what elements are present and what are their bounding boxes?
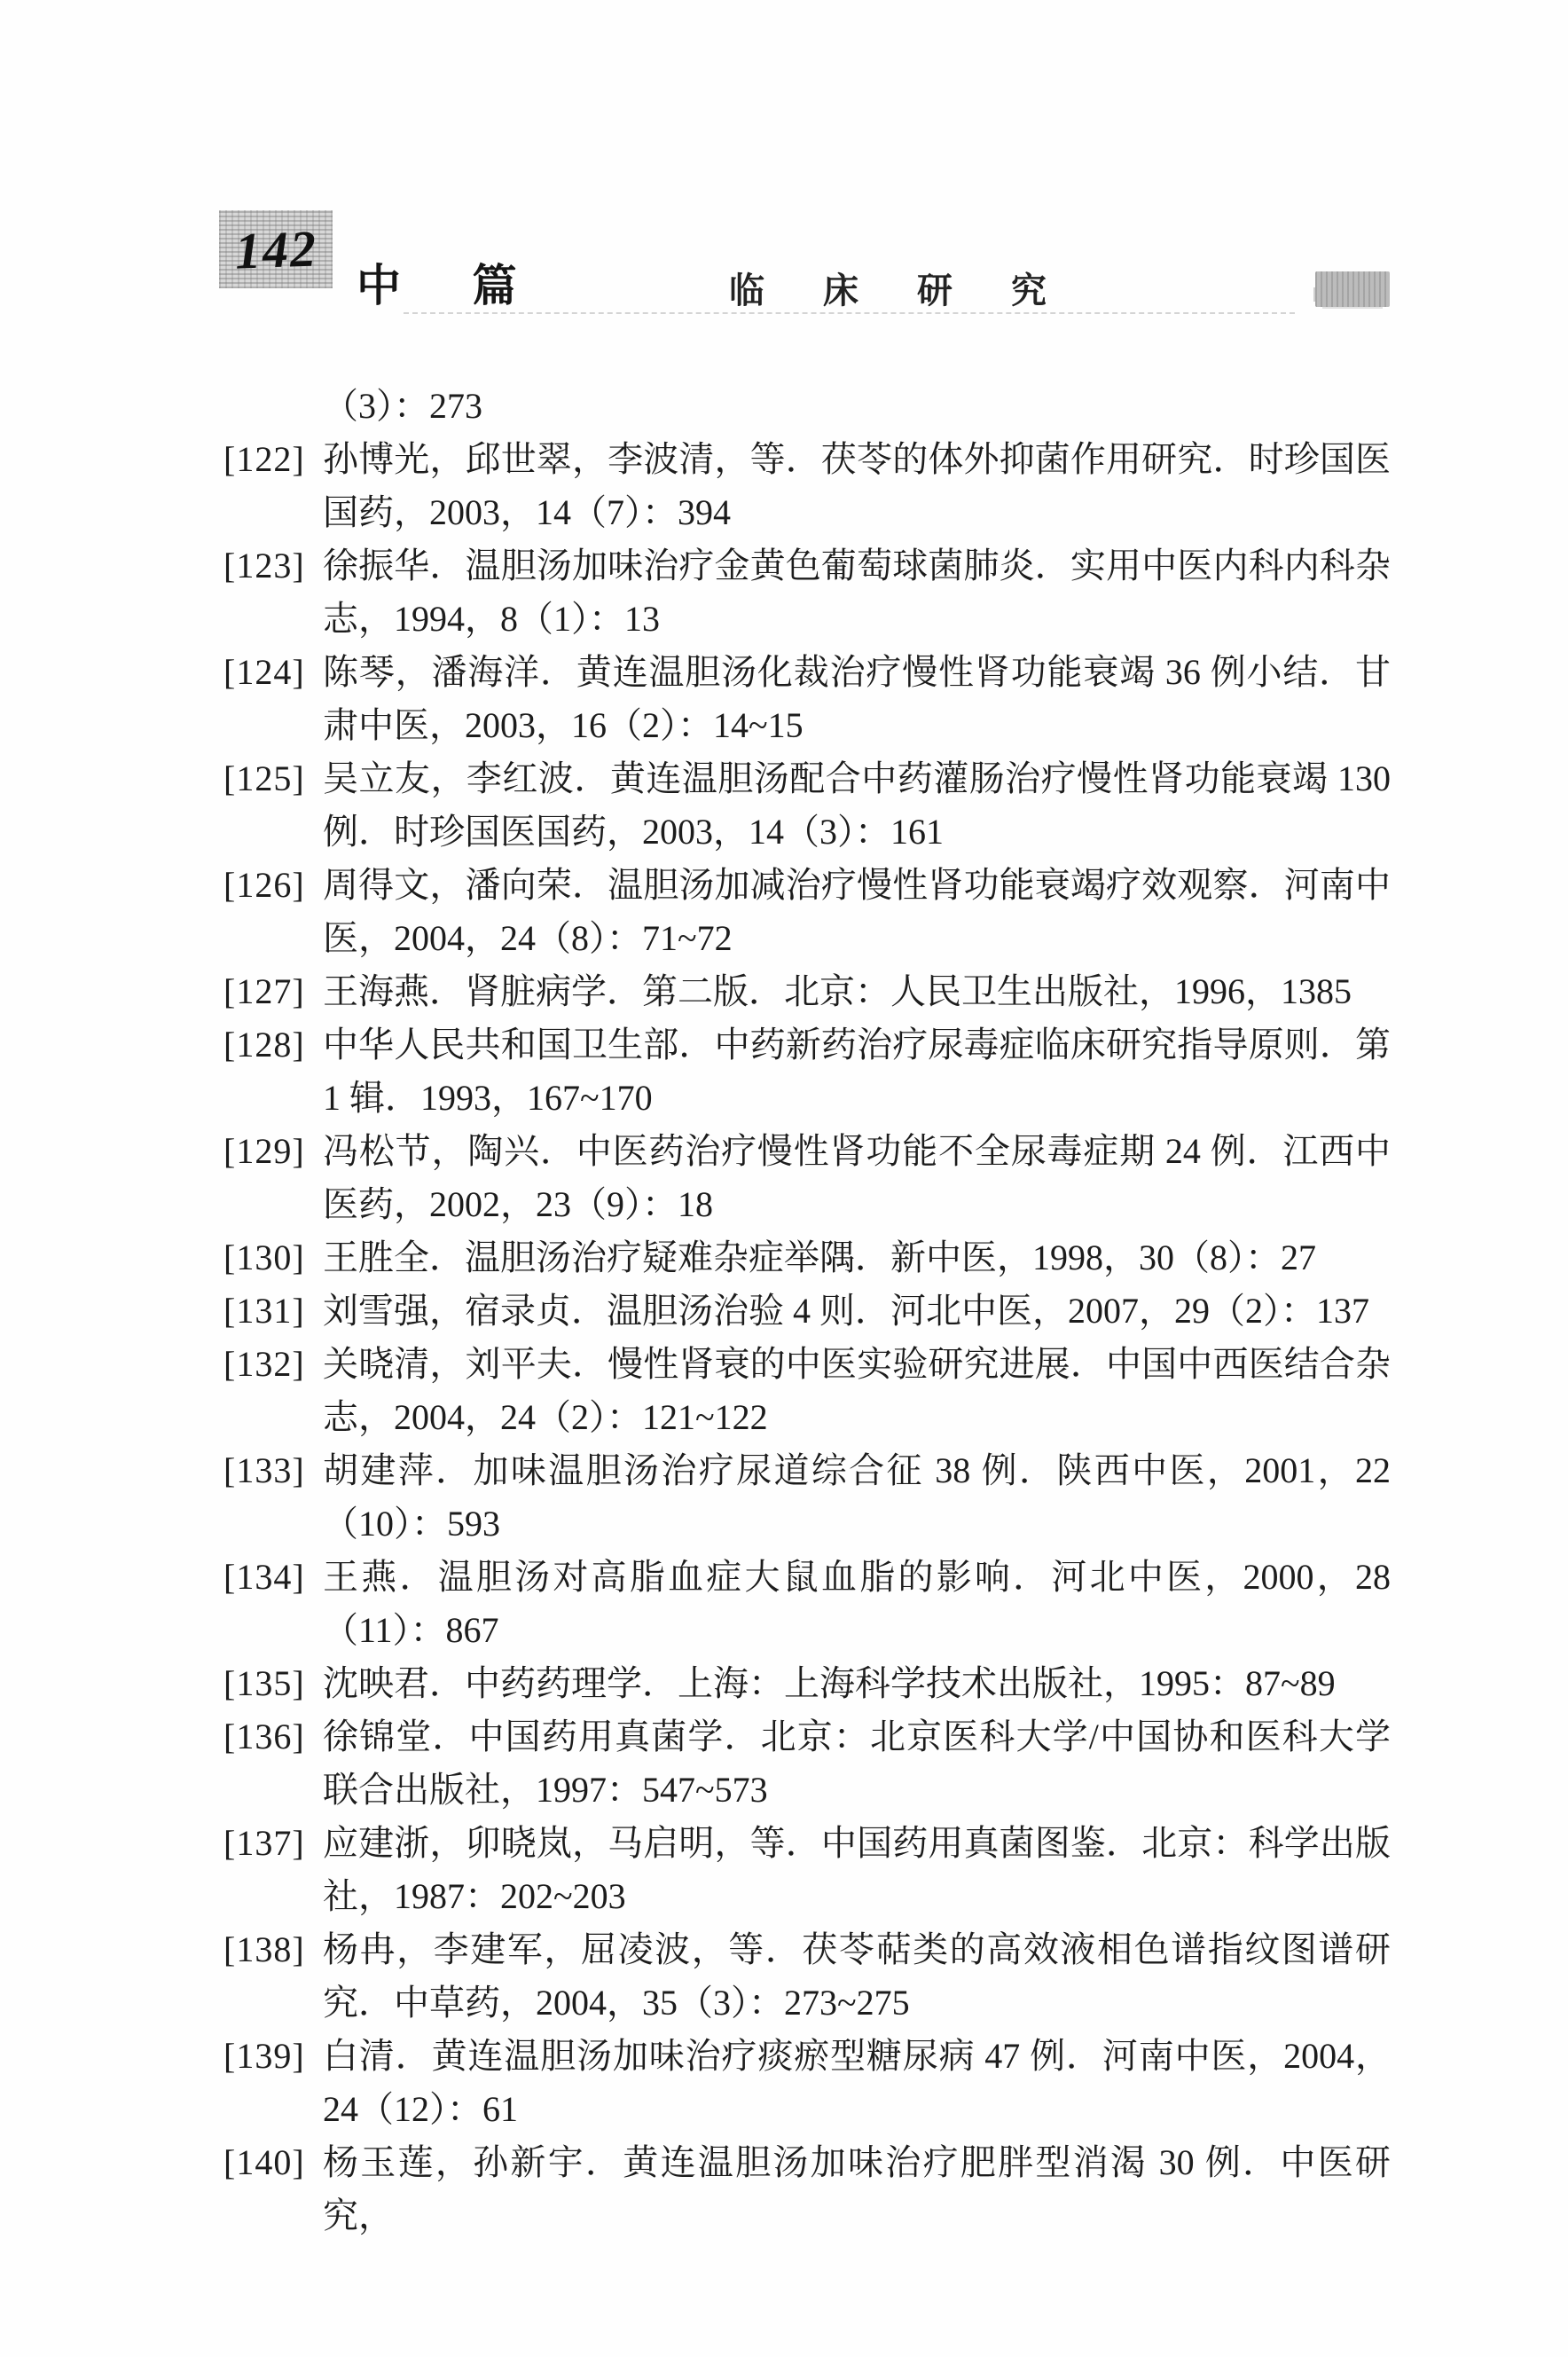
running-title: 临 床 研 究: [729, 263, 1071, 313]
reference-text: 冯松节，陶兴．中医药治疗慢性肾功能不全尿毒症期 24 例．江西中医药，2002，…: [323, 1125, 1391, 1231]
section-title: 中 篇: [357, 250, 547, 314]
reference-text: 王燕．温胆汤对高脂血症大鼠血脂的影响．河北中医，2000，28（11）：867: [323, 1551, 1391, 1657]
scan-smudge: [1315, 271, 1390, 307]
reference-item: [132]关晓清，刘平夫．慢性肾衰的中医实验研究进展．中国中西医结合杂志，200…: [223, 1338, 1391, 1444]
reference-label: [122]: [223, 433, 323, 486]
reference-label: [124]: [223, 646, 323, 699]
header-divider: [404, 312, 1295, 314]
reference-text: 孙博光，邱世翠，李波清，等．茯苓的体外抑菌作用研究．时珍国医国药，2003，14…: [323, 433, 1391, 539]
reference-label: [123]: [223, 539, 323, 593]
reference-text: 白清．黄连温胆汤加味治疗痰瘀型糖尿病 47 例．河南中医，2004，24（12）…: [323, 2030, 1391, 2136]
reference-item: [137]应建浙，卯晓岚，马启明，等．中国药用真菌图鉴．北京：科学出版社，198…: [223, 1817, 1391, 1923]
book-page: 142 中 篇 临 床 研 究 （3）：273[122]孙博光，邱世翠，李波清，…: [0, 0, 1568, 2357]
reference-item: [122]孙博光，邱世翠，李波清，等．茯苓的体外抑菌作用研究．时珍国医国药，20…: [223, 433, 1391, 539]
reference-label: [125]: [223, 752, 323, 805]
reference-item: [134]王燕．温胆汤对高脂血症大鼠血脂的影响．河北中医，2000，28（11）…: [223, 1551, 1391, 1657]
reference-item: [139]白清．黄连温胆汤加味治疗痰瘀型糖尿病 47 例．河南中医，2004，2…: [223, 2030, 1391, 2136]
reference-text: 杨冉，李建军，屈凌波，等．茯苓萜类的高效液相色谱指纹图谱研究．中草药，2004，…: [323, 1923, 1391, 2030]
reference-text: 刘雪强，宿录贞．温胆汤治验 4 则．河北中医，2007，29（2）：137: [323, 1285, 1391, 1338]
reference-item: [140]杨玉莲，孙新宇．黄连温胆汤加味治疗肥胖型消渴 30 例．中医研究，: [223, 2136, 1391, 2243]
reference-text: 王胜全．温胆汤治疗疑难杂症举隅．新中医，1998，30（8）：27: [323, 1231, 1391, 1285]
reference-label: [129]: [223, 1125, 323, 1178]
reference-label: [128]: [223, 1018, 323, 1072]
reference-text: 沈映君．中药药理学．上海：上海科学技术出版社，1995：87~89: [323, 1657, 1391, 1710]
reference-text: 中华人民共和国卫生部．中药新药治疗尿毒症临床研究指导原则．第 1 辑．1993，…: [323, 1018, 1391, 1125]
reference-item: [136]徐锦堂．中国药用真菌学．北京：北京医科大学/中国协和医科大学联合出版社…: [223, 1710, 1391, 1817]
reference-text: 杨玉莲，孙新宇．黄连温胆汤加味治疗肥胖型消渴 30 例．中医研究，: [323, 2136, 1391, 2243]
reference-text: （3）：273: [323, 380, 1391, 433]
reference-item: [125]吴立友，李红波．黄连温胆汤配合中药灌肠治疗慢性肾功能衰竭 130 例．…: [223, 752, 1391, 859]
reference-text: 应建浙，卯晓岚，马启明，等．中国药用真菌图鉴．北京：科学出版社，1987：202…: [323, 1817, 1391, 1923]
reference-item: [130]王胜全．温胆汤治疗疑难杂症举隅．新中医，1998，30（8）：27: [223, 1231, 1391, 1285]
reference-label: [133]: [223, 1444, 323, 1497]
reference-label: [130]: [223, 1231, 323, 1285]
reference-label: [127]: [223, 965, 323, 1018]
reference-text: 徐振华．温胆汤加味治疗金黄色葡萄球菌肺炎．实用中医内科内科杂志，1994，8（1…: [323, 539, 1391, 646]
reference-text: 胡建萍．加味温胆汤治疗尿道综合征 38 例．陕西中医，2001，22（10）：5…: [323, 1444, 1391, 1551]
reference-text: 徐锦堂．中国药用真菌学．北京：北京医科大学/中国协和医科大学联合出版社，1997…: [323, 1710, 1391, 1817]
reference-list: （3）：273[122]孙博光，邱世翠，李波清，等．茯苓的体外抑菌作用研究．时珍…: [223, 380, 1391, 2243]
reference-label: [135]: [223, 1657, 323, 1710]
page-number: 142: [233, 218, 318, 280]
reference-text: 吴立友，李红波．黄连温胆汤配合中药灌肠治疗慢性肾功能衰竭 130 例．时珍国医国…: [323, 752, 1391, 859]
reference-label: [140]: [223, 2136, 323, 2189]
reference-text: 关晓清，刘平夫．慢性肾衰的中医实验研究进展．中国中西医结合杂志，2004，24（…: [323, 1338, 1391, 1444]
reference-label: [134]: [223, 1551, 323, 1604]
reference-label: [132]: [223, 1338, 323, 1391]
reference-label: [126]: [223, 859, 323, 912]
reference-text: 陈琴，潘海洋．黄连温胆汤化裁治疗慢性肾功能衰竭 36 例小结．甘肃中医，2003…: [323, 646, 1391, 752]
reference-label: [137]: [223, 1817, 323, 1870]
reference-item: （3）：273: [223, 380, 1391, 433]
reference-item: [126]周得文，潘向荣．温胆汤加减治疗慢性肾功能衰竭疗效观察．河南中医，200…: [223, 859, 1391, 965]
reference-label: [136]: [223, 1710, 323, 1764]
reference-text: 周得文，潘向荣．温胆汤加减治疗慢性肾功能衰竭疗效观察．河南中医，2004，24（…: [323, 859, 1391, 965]
reference-text: 王海燕．肾脏病学．第二版．北京：人民卫生出版社，1996，1385: [323, 965, 1391, 1018]
reference-item: [129]冯松节，陶兴．中医药治疗慢性肾功能不全尿毒症期 24 例．江西中医药，…: [223, 1125, 1391, 1231]
reference-item: [123]徐振华．温胆汤加味治疗金黄色葡萄球菌肺炎．实用中医内科内科杂志，199…: [223, 539, 1391, 646]
reference-item: [138]杨冉，李建军，屈凌波，等．茯苓萜类的高效液相色谱指纹图谱研究．中草药，…: [223, 1923, 1391, 2030]
reference-item: [124]陈琴，潘海洋．黄连温胆汤化裁治疗慢性肾功能衰竭 36 例小结．甘肃中医…: [223, 646, 1391, 752]
reference-item: [128]中华人民共和国卫生部．中药新药治疗尿毒症临床研究指导原则．第 1 辑．…: [223, 1018, 1391, 1125]
reference-item: [133]胡建萍．加味温胆汤治疗尿道综合征 38 例．陕西中医，2001，22（…: [223, 1444, 1391, 1551]
reference-label: [139]: [223, 2030, 323, 2083]
reference-label: [131]: [223, 1285, 323, 1338]
reference-item: [135]沈映君．中药药理学．上海：上海科学技术出版社，1995：87~89: [223, 1657, 1391, 1710]
reference-item: [127]王海燕．肾脏病学．第二版．北京：人民卫生出版社，1996，1385: [223, 965, 1391, 1018]
page-number-block: 142: [219, 210, 333, 288]
reference-item: [131]刘雪强，宿录贞．温胆汤治验 4 则．河北中医，2007，29（2）：1…: [223, 1285, 1391, 1338]
reference-label: [138]: [223, 1923, 323, 1976]
